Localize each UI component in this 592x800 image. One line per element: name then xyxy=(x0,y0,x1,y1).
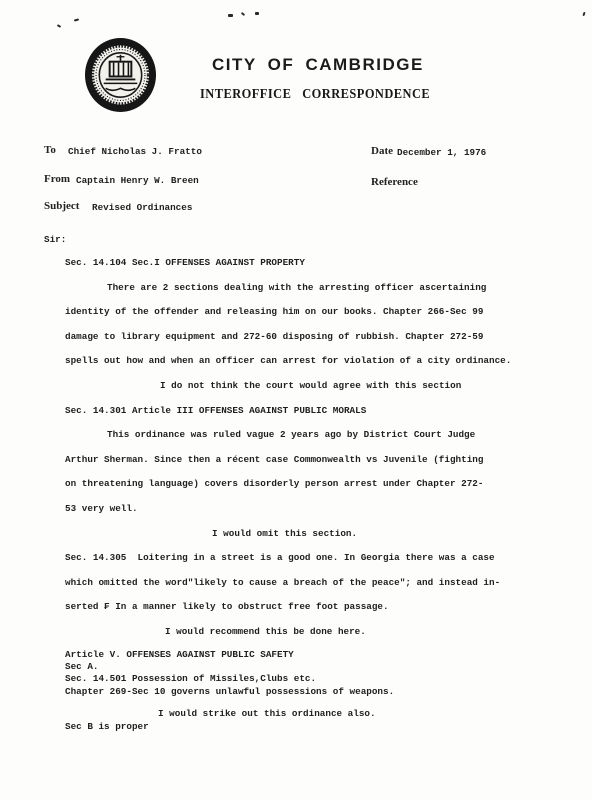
body-line-section-14301: Sec. 14.301 Article III OFFENSES AGAINST… xyxy=(65,399,570,424)
body-line: Sec A. xyxy=(65,661,570,673)
body-line: There are 2 sections dealing with the ar… xyxy=(65,276,570,301)
article-v-block: Article V. OFFENSES AGAINST PUBLIC SAFET… xyxy=(65,649,570,733)
body-line-recommendation: I would omit this section. xyxy=(65,522,570,547)
body-line: Arthur Sherman. Since then a récent case… xyxy=(65,448,570,473)
to-label: To xyxy=(44,144,56,156)
date-value: December 1, 1976 xyxy=(397,147,486,158)
subject-label: Subject xyxy=(44,200,79,212)
document-page: CITY OF CAMBRIDGE INTEROFFICE CORRESPOND… xyxy=(0,0,592,800)
salutation: Sir: xyxy=(44,234,66,245)
scan-speck xyxy=(255,12,259,15)
scan-speck xyxy=(74,18,79,21)
body-line: damage to library equipment and 272-60 d… xyxy=(65,325,570,350)
body-line: spells out how and when an officer can a… xyxy=(65,349,570,374)
body-line-recommendation: I do not think the court would agree wit… xyxy=(65,374,570,399)
body-line: Chapter 269-Sec 10 governs unlawful poss… xyxy=(65,686,570,698)
to-value: Chief Nicholas J. Fratto xyxy=(68,146,202,157)
body-line-article-v: Article V. OFFENSES AGAINST PUBLIC SAFET… xyxy=(65,649,570,661)
scan-speck xyxy=(241,12,245,16)
body-line: Sec B is proper xyxy=(65,721,570,733)
body-line: identity of the offender and releasing h… xyxy=(65,300,570,325)
scan-speck xyxy=(57,24,61,28)
scan-speck xyxy=(582,12,585,16)
body-line-section-14104: Sec. 14.104 Sec.I OFFENSES AGAINST PROPE… xyxy=(65,251,570,276)
body-line-section-14305: Sec. 14.305 Loitering in a street is a g… xyxy=(65,546,570,571)
body-line: This ordinance was ruled vague 2 years a… xyxy=(65,423,570,448)
body-line-recommendation: I would recommend this be done here. xyxy=(65,620,570,645)
body-line: serted ₣ In a manner likely to obstruct … xyxy=(65,595,570,620)
letter-body: Sec. 14.104 Sec.I OFFENSES AGAINST PROPE… xyxy=(65,251,570,733)
body-line-section-14501: Sec. 14.501 Possession of Missiles,Clubs… xyxy=(65,673,570,685)
scan-speck xyxy=(228,14,233,17)
date-label: Date xyxy=(371,145,393,157)
from-value: Captain Henry W. Breen xyxy=(76,175,199,186)
reference-label: Reference xyxy=(371,176,418,188)
body-line: on threatening language) covers disorder… xyxy=(65,472,570,497)
subject-value: Revised Ordinances xyxy=(92,202,192,213)
document-type-title: INTEROFFICE CORRESPONDENCE xyxy=(200,86,430,102)
organization-title: CITY OF CAMBRIDGE xyxy=(212,55,424,75)
body-line: which omitted the word"likely to cause a… xyxy=(65,571,570,596)
from-label: From xyxy=(44,173,70,185)
body-line-recommendation: I would strike out this ordinance also. xyxy=(65,708,570,720)
body-line: 53 very well. xyxy=(65,497,570,522)
city-seal-icon xyxy=(84,37,157,113)
